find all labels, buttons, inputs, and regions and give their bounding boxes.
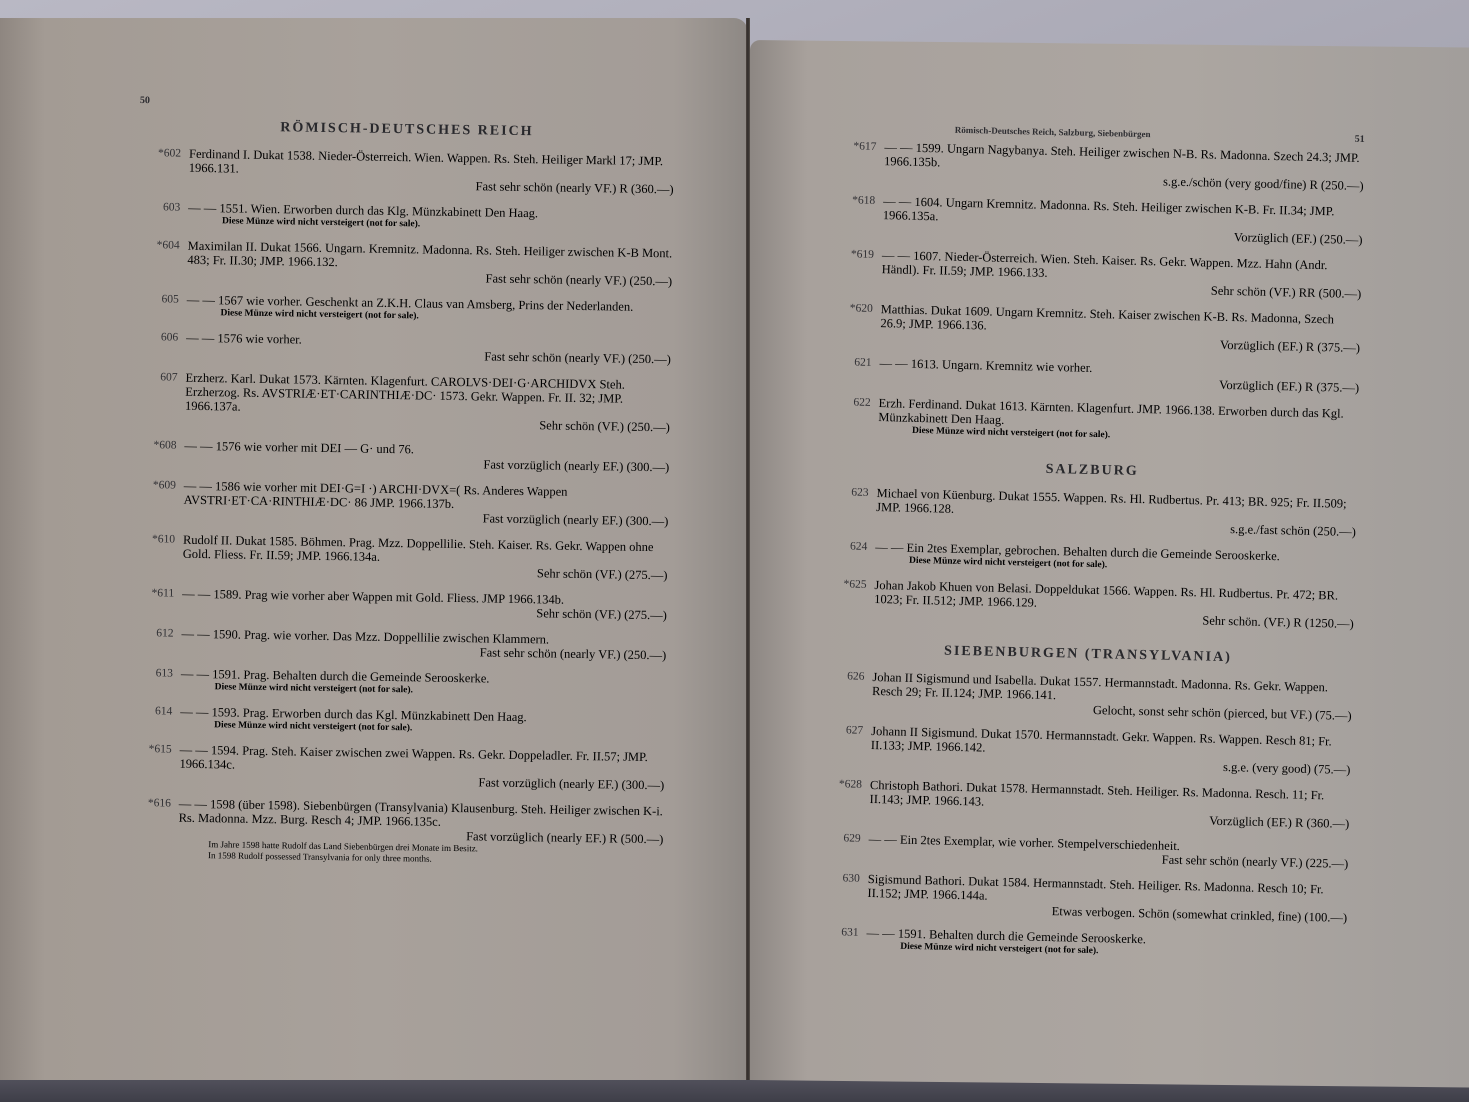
lot-body: — — 1591. Behalten durch die Gemeinde Se… xyxy=(866,926,1346,963)
lot-body: — — Ein 2tes Exemplar, gebrochen. Behalt… xyxy=(875,540,1355,577)
lot-entry: 612— — 1590. Prag. wie vorher. Das Mzz. … xyxy=(131,626,666,662)
lot-body: — — 1589. Prag wie vorher aber Wappen mi… xyxy=(182,587,667,623)
lot-list-left: *602Ferdinand I. Dukat 1538. Nieder-Öste… xyxy=(128,146,674,868)
lot-entry: *618— — 1604. Ungarn Kremnitz. Madonna. … xyxy=(832,193,1363,247)
section-title: SIEBENBURGEN (TRANSYLVANIA) xyxy=(823,641,1353,669)
lot-number: *620 xyxy=(830,301,881,344)
lot-entry: 613— — 1591. Prag. Behalten durch die Ge… xyxy=(131,666,666,700)
lot-entry: *609— — 1586 wie vorher mit DEI·G=I ·) A… xyxy=(133,478,669,528)
lot-body: — — 1576 wie vorher.Fast sehr schön (nea… xyxy=(186,331,671,367)
lot-entry: *620Matthias. Dukat 1609. Ungarn Kremnit… xyxy=(830,301,1361,355)
lot-entry: 631— — 1591. Behalten durch die Gemeinde… xyxy=(816,925,1346,963)
lot-number: 612 xyxy=(131,626,181,655)
lot-entry: 614— — 1593. Prag. Erworben durch das Kg… xyxy=(130,704,665,738)
lot-number: *616 xyxy=(128,796,179,861)
lot-body: Christoph Bathori. Dukat 1578. Hermannst… xyxy=(869,778,1350,831)
lot-number: 603 xyxy=(138,200,188,227)
lot-number: 614 xyxy=(130,704,180,731)
lot-body: — — 1598 (über 1598). Siebenbürgen (Tran… xyxy=(178,797,664,869)
lot-number: *615 xyxy=(129,742,180,785)
lot-number: 605 xyxy=(136,292,186,319)
lot-number: 631 xyxy=(816,925,867,952)
lot-number: *617 xyxy=(834,139,885,182)
lot-number: 613 xyxy=(131,666,181,693)
lot-entry: *610Rudolf II. Dukat 1585. Böhmen. Prag.… xyxy=(132,532,668,582)
lot-body: Maximilan II. Dukat 1566. Ungarn. Kremni… xyxy=(187,239,673,289)
lot-body: — — 1567 wie vorher. Geschenkt an Z.K.H.… xyxy=(186,293,671,327)
lot-entry: *608— — 1576 wie vorher mit DEI — G· und… xyxy=(134,438,669,474)
lot-entry: 623Michael von Küenburg. Dukat 1555. Wap… xyxy=(826,485,1357,539)
lot-entry: *611— — 1589. Prag wie vorher aber Wappe… xyxy=(132,586,667,622)
lot-number: *602 xyxy=(139,146,190,189)
lot-number: *604 xyxy=(137,238,188,281)
lot-groups-right: *617— — 1599. Ungarn Nagybanya. Steh. He… xyxy=(816,139,1364,963)
lot-number: *628 xyxy=(819,777,870,820)
lot-body: — — 1551. Wien. Erworben durch das Klg. … xyxy=(188,201,673,235)
section-title-roemisch-deutsches-reich: RÖMISCH-DEUTSCHES REICH xyxy=(139,118,674,142)
lot-entry: 606— — 1576 wie vorher.Fast sehr schön (… xyxy=(136,330,671,366)
lot-number: 622 xyxy=(828,395,879,436)
lot-entry: 624— — Ein 2tes Exemplar, gebrochen. Beh… xyxy=(825,539,1355,577)
lot-body: Ferdinand I. Dukat 1538. Nieder-Österrei… xyxy=(189,147,675,197)
lot-body: — — 1599. Ungarn Nagybanya. Steh. Heilig… xyxy=(884,140,1365,193)
lot-number: 630 xyxy=(817,871,868,914)
lot-body: — — 1604. Ungarn Kremnitz. Madonna. Rs. … xyxy=(882,194,1363,247)
lot-number: 607 xyxy=(135,370,186,427)
lot-body: — — 1591. Prag. Behalten durch die Gemei… xyxy=(181,667,666,701)
lot-number: *611 xyxy=(132,586,182,615)
lot-body: Michael von Küenburg. Dukat 1555. Wappen… xyxy=(876,486,1357,539)
lot-number: 624 xyxy=(825,539,876,566)
lot-body: — — 1613. Ungarn. Kremnitz wie vorher.Vo… xyxy=(879,356,1360,395)
left-page-content: 50 RÖMISCH-DEUTSCHES REICH *602Ferdinand… xyxy=(128,95,675,880)
lot-entry: 627Johann II Sigismund. Dukat 1570. Herm… xyxy=(820,723,1351,777)
book-gutter xyxy=(746,18,750,1080)
lot-number: 626 xyxy=(822,669,873,712)
lot-number: 627 xyxy=(820,723,871,766)
lot-entry: 603— — 1551. Wien. Erworben durch das Kl… xyxy=(138,200,673,234)
lot-body: Rudolf II. Dukat 1585. Böhmen. Prag. Mzz… xyxy=(182,533,668,583)
lot-body: Erzherz. Karl. Dukat 1573. Kärnten. Klag… xyxy=(185,371,671,435)
lot-entry: 629— — Ein 2tes Exemplar, wie vorher. St… xyxy=(818,831,1348,871)
lot-number: *609 xyxy=(133,478,184,521)
lot-body: Matthias. Dukat 1609. Ungarn Kremnitz. S… xyxy=(880,302,1361,355)
lot-entry: 630Sigismund Bathori. Dukat 1584. Herman… xyxy=(817,871,1348,925)
lot-entry: 622Erzh. Ferdinand. Dukat 1613. Kärnten.… xyxy=(828,395,1359,447)
lot-body: — — 1586 wie vorher mit DEI·G=I ·) ARCHI… xyxy=(183,479,669,529)
lot-body: — — 1576 wie vorher mit DEI — G· und 76.… xyxy=(184,439,669,475)
lot-entry: *625Johan Jakob Khuen von Belasi. Doppel… xyxy=(824,577,1355,631)
lot-entry: *615— — 1594. Prag. Steh. Kaiser zwische… xyxy=(129,742,665,792)
lot-entry: *617— — 1599. Ungarn Nagybanya. Steh. He… xyxy=(834,139,1365,193)
lot-body: Erzh. Ferdinand. Dukat 1613. Kärnten. Kl… xyxy=(878,396,1359,447)
lot-entry: 626Johan II Sigismund und Isabella. Duka… xyxy=(822,669,1353,723)
lot-number: *610 xyxy=(132,532,183,575)
section-title: SALZBURG xyxy=(827,457,1357,485)
lot-body: Johan II Sigismund und Isabella. Dukat 1… xyxy=(872,670,1353,723)
right-page-content: Römisch-Deutsches Reich, Salzburg, Siebe… xyxy=(816,122,1365,975)
lot-body: Johan Jakob Khuen von Belasi. Doppelduka… xyxy=(874,578,1355,631)
lot-body: Sigismund Bathori. Dukat 1584. Hermannst… xyxy=(867,872,1348,925)
lot-body: — — 1593. Prag. Erworben durch das Kgl. … xyxy=(180,705,665,739)
lot-number: *625 xyxy=(824,577,875,620)
lot-number: 623 xyxy=(826,485,877,528)
lot-number: 606 xyxy=(136,330,186,359)
lot-entry: *619— — 1607. Nieder-Österreich. Wien. S… xyxy=(831,247,1362,301)
lot-entry: *604Maximilan II. Dukat 1566. Ungarn. Kr… xyxy=(137,238,673,288)
lot-body: — — 1594. Prag. Steh. Kaiser zwischen zw… xyxy=(179,743,665,793)
lot-number: *608 xyxy=(134,438,184,467)
lot-number: 629 xyxy=(818,831,869,860)
page-number-right: 51 xyxy=(1355,134,1365,145)
lot-entry: 605— — 1567 wie vorher. Geschenkt an Z.K… xyxy=(136,292,671,326)
lot-entry: 621— — 1613. Ungarn. Kremnitz wie vorher… xyxy=(829,355,1359,395)
lot-entry: *616— — 1598 (über 1598). Siebenbürgen (… xyxy=(128,796,664,868)
lot-number: *619 xyxy=(831,247,882,290)
lot-entry: 607Erzherz. Karl. Dukat 1573. Kärnten. K… xyxy=(135,370,671,434)
lot-entry: *628Christoph Bathori. Dukat 1578. Herma… xyxy=(819,777,1350,831)
lot-body: Johann II Sigismund. Dukat 1570. Hermann… xyxy=(870,724,1351,777)
lot-body: — — Ein 2tes Exemplar, wie vorher. Stemp… xyxy=(868,832,1349,871)
lot-body: — — 1607. Nieder-Österreich. Wien. Steh.… xyxy=(881,248,1362,301)
lot-body: — — 1590. Prag. wie vorher. Das Mzz. Dop… xyxy=(181,627,666,663)
lot-entry: *602Ferdinand I. Dukat 1538. Nieder-Öste… xyxy=(139,146,675,196)
lot-number: *618 xyxy=(832,193,883,236)
lot-number: 621 xyxy=(829,355,880,384)
